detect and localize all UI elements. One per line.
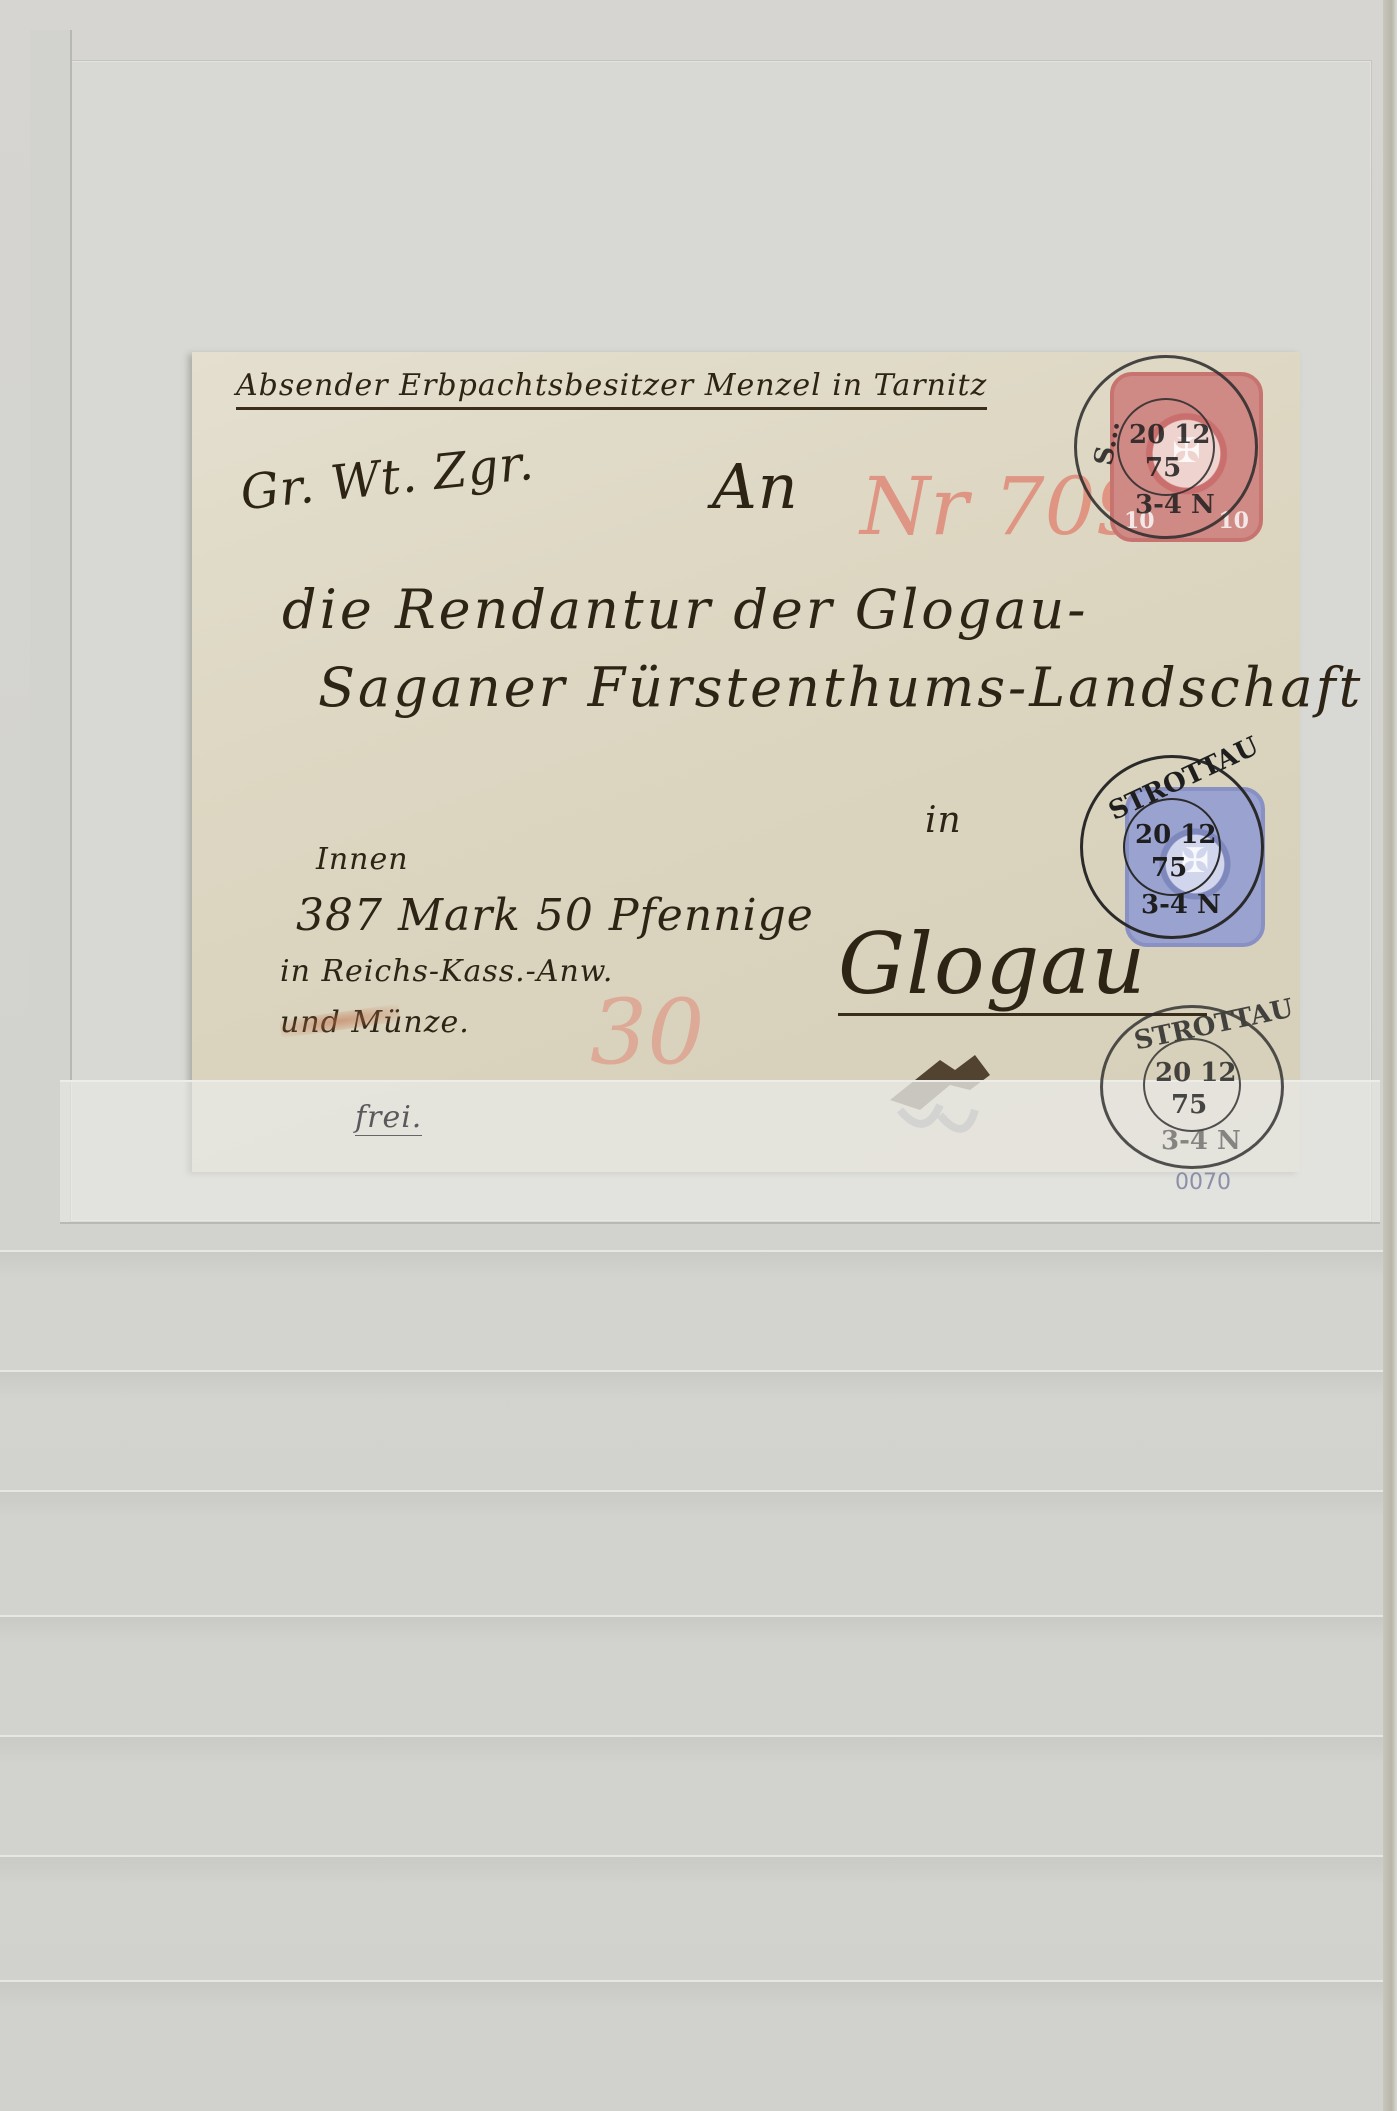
contents-line-3: in Reichs-Kass.-Anw. — [280, 954, 613, 989]
postmark-date: 20 12 — [1155, 1058, 1236, 1088]
strip-shadow — [0, 1252, 1383, 1278]
postmark-1: S... 20 12 75 3-4 N — [1074, 355, 1258, 539]
strip-shadow — [0, 1617, 1383, 1643]
postmark-time: 3-4 N — [1135, 490, 1215, 520]
contents-line-1: Innen — [316, 842, 409, 877]
postmark-2: STROTTAU 20 12 75 3-4 N — [1080, 755, 1264, 939]
postmark-time: 3-4 N — [1141, 890, 1221, 920]
frei-note: frei. — [355, 1100, 422, 1136]
strip-shadow — [0, 1857, 1383, 1883]
fee-number: 30 — [590, 980, 705, 1085]
salutation: An — [712, 450, 799, 523]
address-in: in — [925, 800, 962, 841]
postmark-year: 75 — [1171, 1090, 1207, 1120]
postmark-time: 3-4 N — [1161, 1126, 1241, 1156]
page-edge — [1383, 0, 1397, 2111]
strip-shadow — [0, 1737, 1383, 1763]
pocket-rail — [30, 30, 72, 1080]
address-line-2: Saganer Fürstenthums-Landschaft — [318, 656, 1363, 719]
postmark-3: STROTTAU 20 12 75 3-4 N — [1100, 1005, 1284, 1169]
postmark-year: 75 — [1151, 853, 1187, 883]
postmark-date: 20 12 — [1129, 420, 1210, 450]
postmark-year: 75 — [1145, 453, 1181, 483]
sender-line: Absender Erbpachtsbesitzer Menzel in Tar… — [236, 368, 987, 410]
address-line-1: die Rendantur der Glogau- — [282, 578, 1089, 641]
contents-line-2: 387 Mark 50 Pfennige — [296, 890, 814, 941]
pencil-note: 0070 — [1175, 1170, 1231, 1195]
strip-shadow — [0, 1982, 1383, 2008]
strip-shadow — [0, 1492, 1383, 1518]
postmark-date: 20 12 — [1135, 820, 1216, 850]
strip-shadow — [0, 1372, 1383, 1398]
